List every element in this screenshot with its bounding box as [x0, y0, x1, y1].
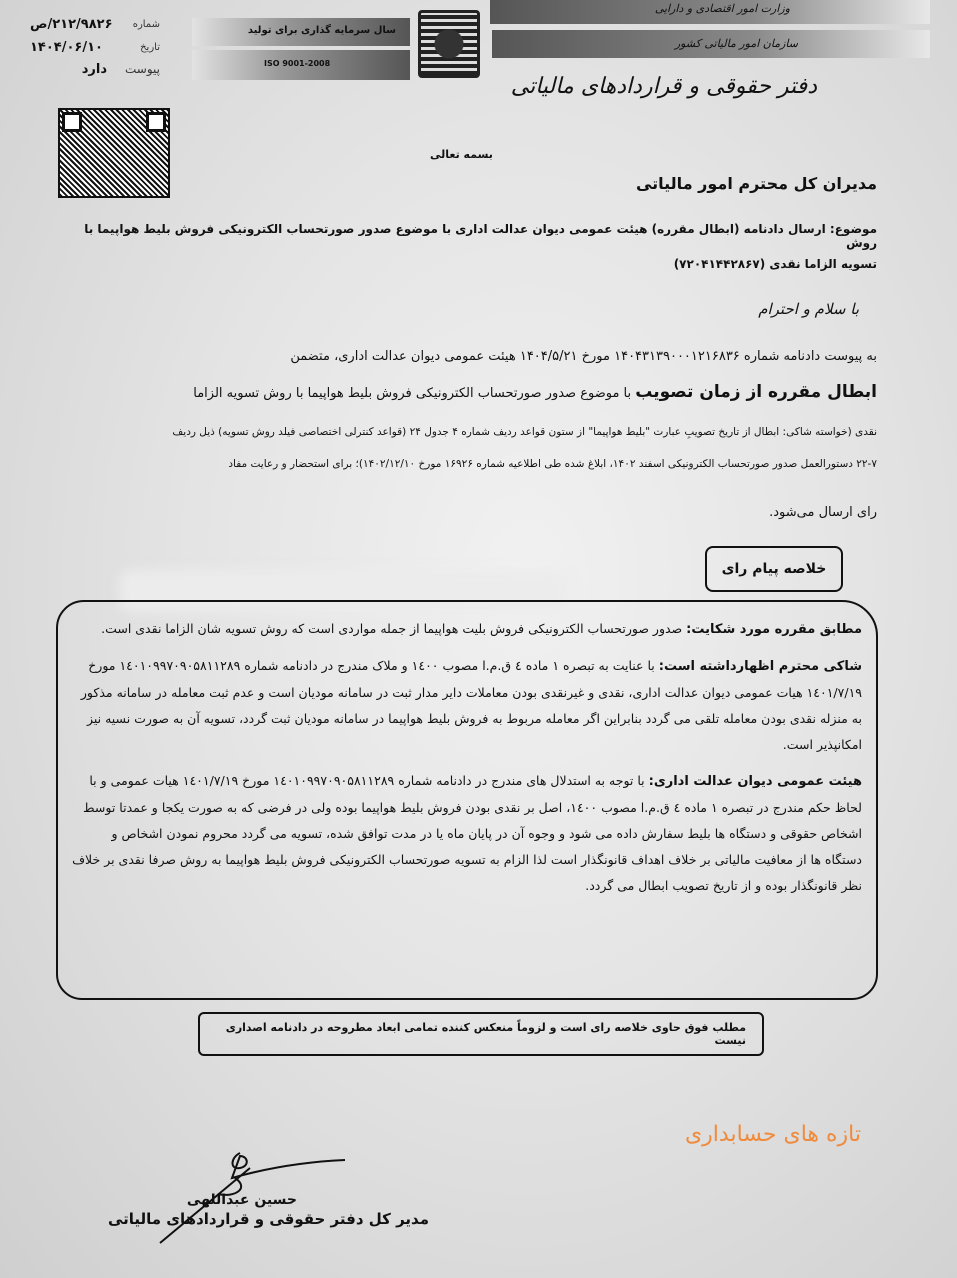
number-label: شماره [133, 19, 160, 30]
slogan-text: سال سرمایه گذاری برای تولید [248, 25, 396, 36]
body-line-2-rest: با موضوع صدور صورتحساب الکترونیکی فروش ب… [193, 386, 631, 401]
summary-section-complainant: شاکی محترم اظهارداشته است: با عنایت به ت… [72, 653, 862, 758]
section-heading: شاکی محترم اظهارداشته است: [659, 659, 862, 674]
body-highlight: ابطال مقرره از زمان تصویب [635, 382, 877, 402]
disclaimer-text: مطلب فوق حاوی خلاصه رای است و لزوماً منع… [200, 1021, 746, 1047]
attachment-value: دارد [82, 62, 107, 77]
section-heading: هیئت عمومی دیوان عدالت اداری: [649, 774, 862, 789]
qr-code [58, 108, 170, 198]
summary-tab: خلاصه پیام رای [705, 546, 843, 592]
body-line-1: به پیوست دادنامه شماره ۱۴۰۴۳۱۳۹۰۰۰۱۲۱۶۸۳… [77, 344, 877, 370]
ministry-banner: وزارت امور اقتصادی و دارایی [490, 0, 930, 24]
summary-box: مطابق مقرره مورد شکایت: صدور صورتحساب ال… [56, 600, 878, 1000]
invocation: بسمه تعالی [430, 148, 493, 161]
iso-banner: ISO 9001-2008 [192, 50, 410, 80]
greeting: با سلام و احترام [758, 300, 859, 318]
signatory-title: مدیر کل دفتر حقوقی و قراردادهای مالیاتی [108, 1210, 429, 1228]
disclaimer-box: مطلب فوق حاوی خلاصه رای است و لزوماً منع… [198, 1012, 764, 1056]
subject-line-2: تسویه الزاما نقدی (۷۲۰۴۱۴۴۲۸۶۷) [77, 257, 877, 271]
organization-banner: سازمان امور مالیاتی کشور [492, 30, 930, 58]
summary-section-regulation: مطابق مقرره مورد شکایت: صدور صورتحساب ال… [72, 616, 862, 643]
signatory-name: حسین عبداللهی [187, 1192, 297, 1208]
date-label: تاریخ [140, 42, 160, 53]
body-line-2: ابطال مقرره از زمان تصویب با موضوع صدور … [67, 378, 877, 408]
body-line-5: رای ارسال می‌شود. [769, 500, 877, 526]
watermark-text: تازه های حسابداری [685, 1122, 861, 1147]
body-line-4: ۲۲-۷ دستورالعمل صدور صورتحساب الکترونیکی… [57, 458, 877, 470]
letter-date: ۱۴۰۴/۰۶/۱۰ [30, 40, 103, 55]
iso-text: ISO 9001-2008 [264, 59, 330, 68]
section-text: با توجه به استدلال های مندرج در دادنامه … [72, 773, 862, 893]
department-name: دفتر حقوقی و قراردادهای مالیاتی [511, 74, 817, 99]
section-text: صدور صورتحساب الکترونیکی فروش بلیت هواپی… [101, 621, 682, 636]
summary-section-court: هیئت عمومی دیوان عدالت اداری: با توجه به… [72, 768, 862, 899]
letter-meta: شماره ۲۱۲/۹۸۲۶/ص تاریخ ۱۴۰۴/۰۶/۱۰ پیوست … [30, 12, 160, 80]
letter-number: ۲۱۲/۹۸۲۶/ص [30, 17, 113, 32]
addressee: مدیران کل محترم امور مالیاتی [636, 174, 877, 193]
organization-name: سازمان امور مالیاتی کشور [675, 37, 798, 50]
tax-organization-logo [418, 10, 480, 78]
body-line-3: نقدی (خواسته شاکی: ابطال از تاریخ تصویبِ… [57, 426, 877, 438]
attachment-label: پیوست [125, 62, 160, 76]
section-heading: مطابق مقرره مورد شکایت: [686, 622, 862, 637]
slogan-banner: سال سرمایه گذاری برای تولید [192, 18, 410, 46]
subject-line-1: موضوع: ارسال دادنامه (ابطال مقرره) هیئت … [77, 222, 877, 250]
ministry-text: وزارت امور اقتصادی و دارایی [655, 2, 790, 15]
